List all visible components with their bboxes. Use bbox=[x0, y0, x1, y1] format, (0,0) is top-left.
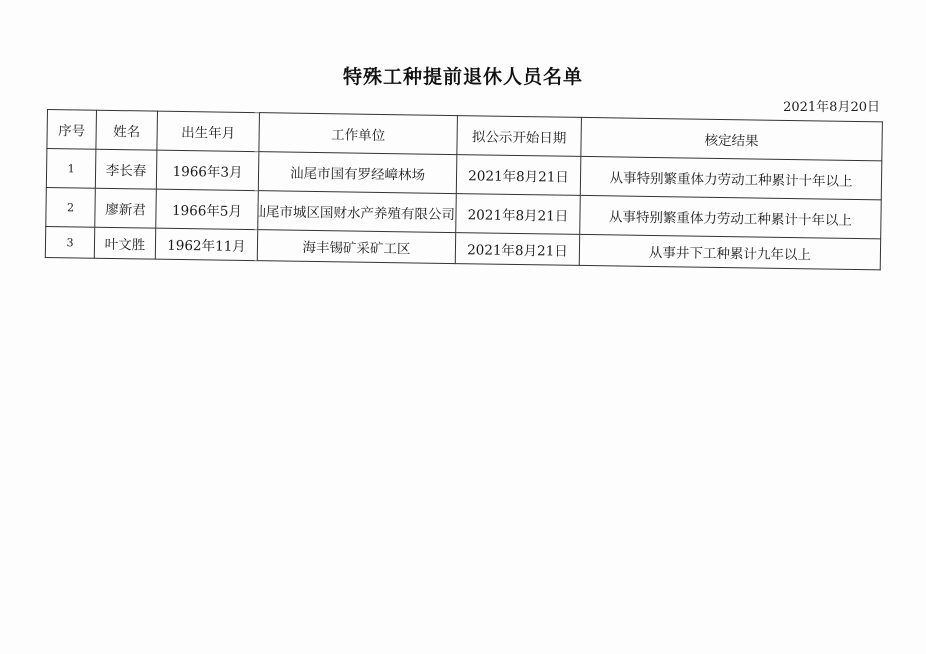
cell-start-date: 2021年8月21日 bbox=[456, 155, 581, 196]
header-name: 姓名 bbox=[96, 110, 158, 150]
document-title: 特殊工种提前退休人员名单 bbox=[0, 62, 926, 89]
cell-name: 廖新君 bbox=[95, 188, 157, 228]
cell-name: 叶文胜 bbox=[94, 227, 155, 259]
cell-unit: 汕尾市城区国财水产养殖有限公司 bbox=[258, 191, 457, 233]
document-page: 特殊工种提前退休人员名单 2021年8月20日 序号 姓名 出生年月 工作单位 … bbox=[0, 0, 926, 654]
header-unit: 工作单位 bbox=[259, 113, 458, 155]
header-index: 序号 bbox=[47, 110, 97, 150]
retirement-list-table-wrap: 序号 姓名 出生年月 工作单位 拟公示开始日期 核定结果 1 李长春 1966年… bbox=[45, 109, 883, 270]
cell-index: 1 bbox=[46, 149, 96, 189]
header-birth: 出生年月 bbox=[157, 111, 260, 152]
cell-unit: 汕尾市国有罗经嶂林场 bbox=[258, 152, 457, 194]
cell-result: 从事井下工种累计九年以上 bbox=[579, 234, 880, 269]
cell-result: 从事特别繁重体力劳动工种累计十年以上 bbox=[580, 156, 882, 199]
document-date: 2021年8月20日 bbox=[783, 96, 880, 115]
retirement-list-table: 序号 姓名 出生年月 工作单位 拟公示开始日期 核定结果 1 李长春 1966年… bbox=[45, 109, 883, 270]
cell-index: 2 bbox=[46, 187, 96, 227]
cell-unit: 海丰锡矿采矿工区 bbox=[257, 230, 455, 264]
header-start-date: 拟公示开始日期 bbox=[457, 116, 582, 157]
cell-start-date: 2021年8月21日 bbox=[455, 233, 579, 266]
cell-birth: 1966年3月 bbox=[156, 150, 259, 191]
cell-name: 李长春 bbox=[95, 149, 157, 189]
cell-start-date: 2021年8月21日 bbox=[456, 194, 581, 235]
cell-birth: 1966年5月 bbox=[156, 189, 259, 230]
cell-birth: 1962年11月 bbox=[155, 228, 257, 261]
cell-result: 从事特别繁重体力劳动工种累计十年以上 bbox=[580, 195, 882, 238]
cell-index: 3 bbox=[45, 226, 94, 258]
header-result: 核定结果 bbox=[581, 117, 883, 160]
